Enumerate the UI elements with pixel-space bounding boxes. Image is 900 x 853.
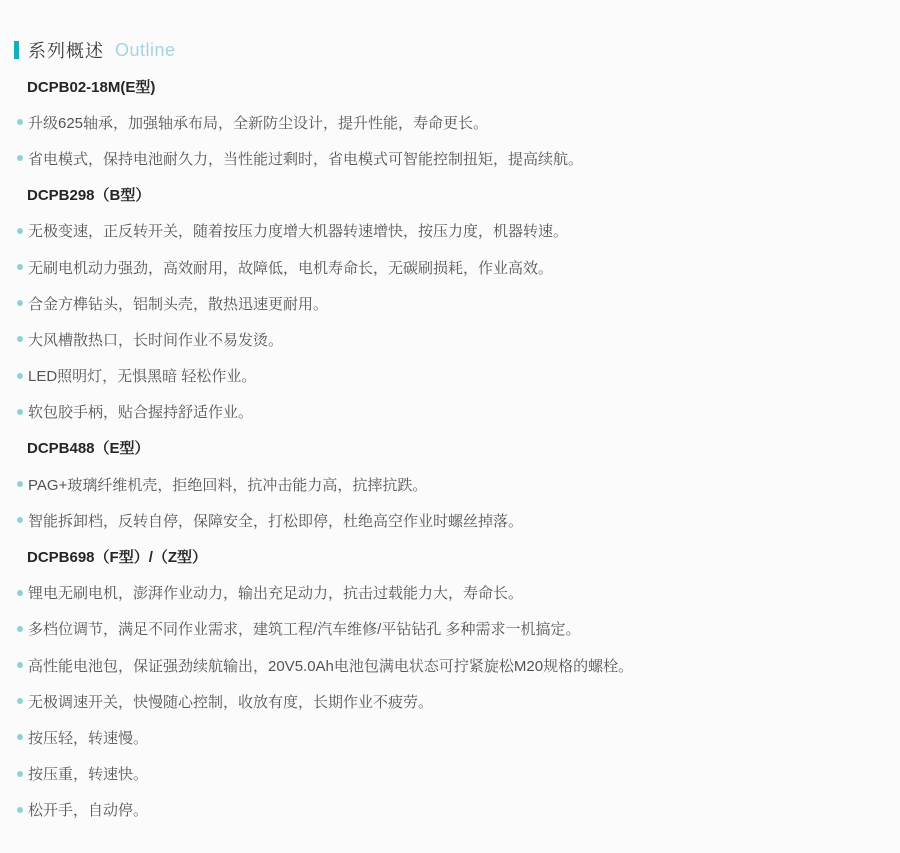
outline-list: DCPB02-18M(E型) 升级625轴承，加强轴承布局，全新防尘设计，提升性…: [0, 68, 900, 828]
model-heading: DCPB298（B型）: [0, 177, 900, 213]
bullet-dot-icon: [17, 155, 23, 161]
feature-item: 无极变速，正反转开关，随着按压力度增大机器转速增快，按压力度，机器转速。: [0, 213, 900, 249]
bullet-dot-icon: [17, 517, 23, 523]
product-outline-section: 系列概述 Outline DCPB02-18M(E型) 升级625轴承，加强轴承…: [0, 0, 900, 853]
bullet-dot-icon: [17, 373, 23, 379]
model-heading: DCPB698（F型）/（Z型）: [0, 538, 900, 574]
feature-item: 合金方榫钻头，铝制头壳，散热迅速更耐用。: [0, 285, 900, 321]
feature-item: 多档位调节，满足不同作业需求，建筑工程/汽车维修/平钻钻孔 多种需求一机搞定。: [0, 611, 900, 647]
feature-text: 按压轻，转速慢。: [28, 727, 148, 748]
feature-item: 大风槽散热口，长时间作业不易发烫。: [0, 321, 900, 357]
feature-item: 智能拆卸档，反转自停，保障安全，打松即停，杜绝高空作业时螺丝掉落。: [0, 502, 900, 538]
feature-text: 无极调速开关，快慢随心控制，收放有度，长期作业不疲劳。: [28, 691, 433, 712]
feature-text: 锂电无刷电机，澎湃作业动力，输出充足动力，抗击过载能力大，寿命长。: [28, 582, 523, 603]
feature-text: 智能拆卸档，反转自停，保障安全，打松即停，杜绝高空作业时螺丝掉落。: [28, 510, 523, 531]
model-heading: DCPB488（E型）: [0, 430, 900, 466]
feature-text: 软包胶手柄，贴合握持舒适作业。: [28, 401, 253, 422]
feature-item: 无极调速开关，快慢随心控制，收放有度，长期作业不疲劳。: [0, 683, 900, 719]
bullet-dot-icon: [17, 698, 23, 704]
bullet-dot-icon: [17, 336, 23, 342]
feature-text: 省电模式，保持电池耐久力，当性能过剩时，省电模式可智能控制扭矩，提高续航。: [28, 148, 583, 169]
feature-item: 松开手，自动停。: [0, 792, 900, 828]
bullet-dot-icon: [17, 119, 23, 125]
bullet-dot-icon: [17, 228, 23, 234]
feature-text: 高性能电池包，保证强劲续航输出，20V5.0Ah电池包满电状态可拧紧旋松M20规…: [28, 655, 633, 676]
feature-item: PAG+玻璃纤维机壳，拒绝回料，抗冲击能力高，抗摔抗跌。: [0, 466, 900, 502]
feature-item: LED照明灯，无惧黑暗 轻松作业。: [0, 358, 900, 394]
feature-text: 无极变速，正反转开关，随着按压力度增大机器转速增快，按压力度，机器转速。: [28, 220, 568, 241]
bullet-dot-icon: [17, 264, 23, 270]
section-title-en: Outline: [115, 40, 176, 61]
model-heading-text: DCPB02-18M(E型): [27, 76, 155, 97]
bullet-dot-icon: [17, 590, 23, 596]
feature-item: 按压轻，转速慢。: [0, 719, 900, 755]
feature-text: 大风槽散热口，长时间作业不易发烫。: [28, 329, 283, 350]
feature-item: 锂电无刷电机，澎湃作业动力，输出充足动力，抗击过载能力大，寿命长。: [0, 575, 900, 611]
model-heading-text: DCPB298（B型）: [27, 184, 150, 205]
feature-item: 高性能电池包，保证强劲续航输出，20V5.0Ah电池包满电状态可拧紧旋松M20规…: [0, 647, 900, 683]
model-heading-text: DCPB488（E型）: [27, 437, 150, 458]
bullet-dot-icon: [17, 409, 23, 415]
bullet-dot-icon: [17, 662, 23, 668]
section-title: 系列概述 Outline: [14, 39, 176, 61]
feature-item: 按压重，转速快。: [0, 756, 900, 792]
bullet-dot-icon: [17, 300, 23, 306]
feature-item: 无刷电机动力强劲，高效耐用，故障低，电机寿命长，无碳刷损耗，作业高效。: [0, 249, 900, 285]
feature-text: 升级625轴承，加强轴承布局，全新防尘设计，提升性能，寿命更长。: [28, 112, 488, 133]
feature-text: 按压重，转速快。: [28, 763, 148, 784]
model-heading: DCPB02-18M(E型): [0, 68, 900, 104]
section-title-cn: 系列概述: [28, 37, 104, 63]
model-heading-text: DCPB698（F型）/（Z型）: [27, 546, 207, 567]
feature-text: 多档位调节，满足不同作业需求，建筑工程/汽车维修/平钻钻孔 多种需求一机搞定。: [28, 618, 581, 639]
feature-text: LED照明灯，无惧黑暗 轻松作业。: [28, 365, 256, 386]
feature-item: 软包胶手柄，贴合握持舒适作业。: [0, 394, 900, 430]
feature-text: 松开手，自动停。: [28, 799, 148, 820]
feature-item: 升级625轴承，加强轴承布局，全新防尘设计，提升性能，寿命更长。: [0, 104, 900, 140]
bullet-dot-icon: [17, 771, 23, 777]
bullet-dot-icon: [17, 807, 23, 813]
accent-bar: [14, 41, 19, 59]
bullet-dot-icon: [17, 626, 23, 632]
feature-text: 合金方榫钻头，铝制头壳，散热迅速更耐用。: [28, 293, 328, 314]
feature-text: PAG+玻璃纤维机壳，拒绝回料，抗冲击能力高，抗摔抗跌。: [28, 474, 427, 495]
feature-text: 无刷电机动力强劲，高效耐用，故障低，电机寿命长，无碳刷损耗，作业高效。: [28, 257, 553, 278]
feature-item: 省电模式，保持电池耐久力，当性能过剩时，省电模式可智能控制扭矩，提高续航。: [0, 140, 900, 176]
bullet-dot-icon: [17, 734, 23, 740]
bullet-dot-icon: [17, 481, 23, 487]
